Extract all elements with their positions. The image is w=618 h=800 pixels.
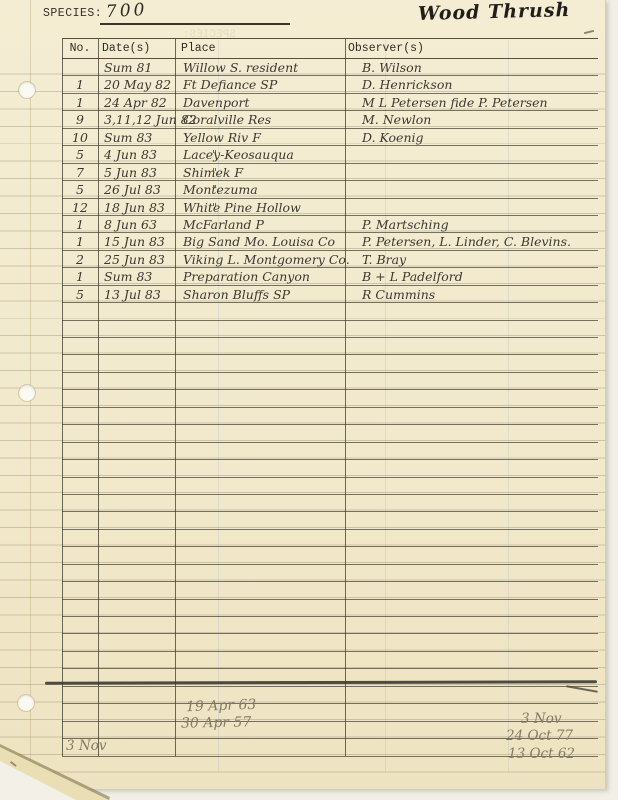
cell-date: 13 Jul 83	[104, 287, 161, 302]
table-header-row: No. Date(s) Place Observer(s)	[62, 39, 598, 59]
table-row: 75 Jun 83Shimek F"	[62, 164, 598, 181]
table-row-empty	[62, 617, 598, 634]
cell-no: 1	[62, 95, 98, 110]
table-row: 124 Apr 82DavenportM L Petersen fide P. …	[62, 94, 598, 111]
cell-no: 5	[62, 182, 98, 197]
ledger-paper: SPECIES: 700 Wood Thrush SPECIES: No. Da…	[0, 0, 606, 789]
records-table: No. Date(s) Place Observer(s) Sum 81Will…	[62, 38, 598, 756]
cell-no: 10	[62, 130, 98, 145]
table-row-empty	[62, 373, 598, 390]
table-row: 10Sum 83Yellow Riv FD. Koenig	[62, 129, 598, 146]
species-label: SPECIES:	[43, 7, 102, 20]
cell-observers: P. Petersen, L. Linder, C. Blevins.	[362, 234, 571, 249]
table-row-empty	[62, 460, 598, 477]
table-row: 225 Jun 83Viking L. Montgomery Co.T. Bra…	[62, 251, 598, 268]
header-place: Place	[181, 42, 216, 55]
cell-place: Davenport	[183, 95, 250, 110]
pencil-date-annotation: 3 Nov	[66, 738, 106, 754]
cell-date: 18 Jun 83	[104, 200, 165, 215]
cell-place: Big Sand Mo. Louisa Co	[183, 234, 335, 249]
cell-no: 9	[62, 112, 98, 127]
cell-observers: "	[212, 147, 217, 162]
table-row: 120 May 82Ft Defiance SPD. Henrickson	[62, 76, 598, 93]
punch-hole	[19, 82, 35, 98]
pencil-date-annotation: 24 Oct 77	[506, 728, 573, 744]
cell-place: Coralville Res	[183, 112, 271, 127]
cell-date: Sum 81	[104, 60, 152, 75]
table-row: 115 Jun 83Big Sand Mo. Louisa CoP. Peter…	[62, 233, 598, 250]
table-row: 513 Jul 83Sharon Bluffs SPR Cummins	[62, 286, 598, 303]
cell-observers: "	[212, 182, 217, 197]
pencil-date-annotation: 3 Nov	[521, 711, 561, 727]
species-underline	[100, 23, 290, 25]
cell-observers: B + L Padelford	[362, 269, 463, 284]
cell-date: 8 Jun 63	[104, 217, 157, 232]
scanned-page: SPECIES: 700 Wood Thrush SPECIES: No. Da…	[0, 0, 618, 800]
species-name: Wood Thrush	[418, 0, 571, 25]
cell-observers: "	[212, 165, 217, 180]
table-row-empty	[62, 512, 598, 529]
cell-no: 5	[62, 147, 98, 162]
table-row-empty	[62, 338, 598, 355]
cell-no: 12	[62, 200, 98, 215]
cell-no: 7	[62, 165, 98, 180]
table-row-empty	[62, 634, 598, 651]
cell-place: Lacey-Keosauqua	[183, 147, 294, 162]
cell-date: 25 Jun 83	[104, 252, 165, 267]
cell-date: 26 Jul 83	[104, 182, 161, 197]
cell-observers: T. Bray	[362, 252, 406, 267]
cell-observers: D. Henrickson	[362, 77, 452, 92]
cell-place: McFarland P	[183, 217, 264, 232]
cell-date: 24 Apr 82	[104, 95, 167, 110]
pencil-dash-mark	[584, 30, 594, 34]
table-row-empty	[62, 495, 598, 512]
cell-place: Ft Defiance SP	[183, 77, 277, 92]
pencil-tick-mark	[10, 761, 16, 767]
table-row-empty	[62, 321, 598, 338]
table-row-empty	[62, 547, 598, 564]
cell-place: White Pine Hollow	[183, 200, 301, 215]
cell-no: 2	[62, 252, 98, 267]
table-row-empty	[62, 408, 598, 425]
table-row-empty	[62, 303, 598, 320]
cell-observers: R Cummins	[362, 287, 435, 302]
table-row-empty	[62, 600, 598, 617]
table-row-empty	[62, 530, 598, 547]
pencil-date-annotation: 19 Apr 63	[186, 697, 257, 715]
cell-date: 15 Jun 83	[104, 234, 165, 249]
table-body: Sum 81Willow S. residentB. Wilson120 May…	[62, 59, 598, 757]
cell-date: Sum 83	[104, 130, 152, 145]
header-date: Date(s)	[102, 42, 150, 55]
table-row: Sum 81Willow S. residentB. Wilson	[62, 59, 598, 76]
cell-place: Preparation Canyon	[183, 269, 310, 284]
cell-date: 5 Jun 83	[104, 165, 157, 180]
cell-date: Sum 83	[104, 269, 152, 284]
header-no: No.	[62, 42, 98, 55]
cell-no: 5	[62, 287, 98, 302]
pencil-date-annotation: 30 Apr 57	[181, 714, 252, 731]
table-row-empty	[62, 565, 598, 582]
cell-observers: B. Wilson	[362, 60, 422, 75]
cell-no: 1	[62, 217, 98, 232]
table-row: 93,11,12 Jun 82Coralville ResM. Newlon	[62, 111, 598, 128]
table-row-empty	[62, 390, 598, 407]
pencil-date-annotation: 13 Oct 62	[508, 746, 575, 762]
table-row-empty	[62, 478, 598, 495]
table-row-empty	[62, 687, 598, 704]
punch-hole	[19, 385, 35, 401]
cell-no: 1	[62, 77, 98, 92]
cell-no: 1	[62, 234, 98, 249]
table-row: 18 Jun 63McFarland PP. Martsching	[62, 216, 598, 233]
table-row-empty	[62, 582, 598, 599]
cell-place: Yellow Riv F	[183, 130, 261, 145]
species-number: 700	[106, 0, 148, 22]
cell-observers: D. Koenig	[362, 130, 424, 145]
table-row: 54 Jun 83Lacey-Keosauqua"	[62, 146, 598, 163]
table-row: 1218 Jun 83White Pine Hollow"	[62, 199, 598, 216]
cell-date: 4 Jun 83	[104, 147, 157, 162]
table-row: 1Sum 83Preparation CanyonB + L Padelford	[62, 268, 598, 285]
cell-no: 1	[62, 269, 98, 284]
table-row: 526 Jul 83Montezuma"	[62, 181, 598, 198]
cell-place: Montezuma	[183, 182, 258, 197]
cell-observers: M L Petersen fide P. Petersen	[362, 95, 548, 110]
table-row-empty	[62, 704, 598, 721]
cell-date: 20 May 82	[104, 77, 171, 92]
table-row-empty	[62, 652, 598, 669]
cell-place: Sharon Bluffs SP	[183, 287, 290, 302]
cell-observers: "	[212, 200, 217, 215]
table-row-empty	[62, 425, 598, 442]
cell-observers: M. Newlon	[362, 112, 431, 127]
cell-place: Viking L. Montgomery Co.	[183, 252, 350, 267]
cell-place: Willow S. resident	[183, 60, 298, 75]
header-observer: Observer(s)	[348, 42, 424, 55]
table-row-empty	[62, 443, 598, 460]
cell-observers: P. Martsching	[362, 217, 449, 232]
punch-hole	[18, 695, 34, 711]
table-row-empty	[62, 355, 598, 372]
